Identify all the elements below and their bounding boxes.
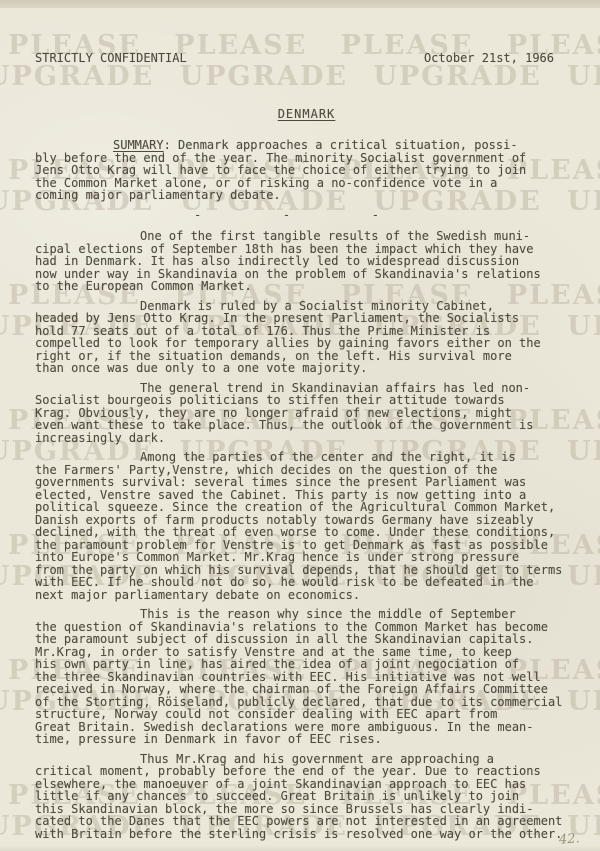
classification-label: STRICTLY CONFIDENTIAL (35, 52, 187, 65)
body-paragraph-5: This is the reason why since the middle … (35, 608, 578, 746)
handwritten-page-number: 42. (559, 831, 581, 847)
body-paragraph-2: Denmark is ruled by a Socialist minority… (35, 300, 578, 375)
summary-paragraph: SUMMARY: Denmark approaches a critical s… (35, 139, 578, 202)
document-content: STRICTLY CONFIDENTIAL October 21st, 1966… (35, 52, 578, 847)
body-paragraph-4: Among the parties of the center and the … (35, 451, 578, 601)
body-paragraph-6: Thus Mr.Krag and his government are appr… (35, 753, 578, 841)
document-header: STRICTLY CONFIDENTIAL October 21st, 1966 (35, 52, 578, 65)
date-label: October 21st, 1966 (424, 52, 554, 65)
body-paragraph-3: The general trend in Skandinavian affair… (35, 382, 578, 445)
summary-text: : Denmark approaches a critical situatio… (35, 138, 526, 202)
section-separator: - - - (35, 209, 538, 222)
scanned-document-page: PLEASE PLEASE PLEASE PLEASE PLEASE UPGRA… (0, 0, 600, 851)
page-title: DENMARK (35, 108, 578, 121)
body-paragraph-1: One of the first tangible results of the… (35, 230, 578, 293)
